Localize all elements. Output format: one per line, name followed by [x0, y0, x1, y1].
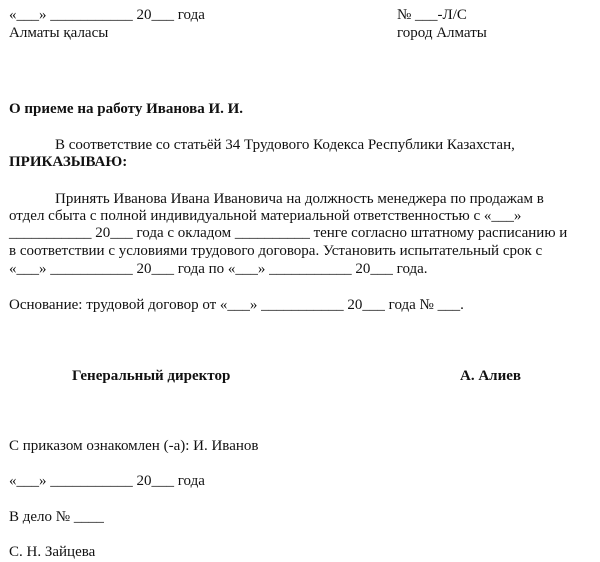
- body-line: «___» ___________ 20___ года по «___» __…: [9, 261, 428, 278]
- body-line: в соответствии с условиями трудового дог…: [9, 243, 542, 260]
- document-title: О приеме на работу Иванова И. И.: [9, 101, 243, 118]
- acknowledgement-text: С приказом ознакомлен (-а): И. Иванов: [9, 438, 258, 455]
- city-kz: Алматы қаласы: [9, 25, 108, 42]
- order-word: ПРИКАЗЫВАЮ:: [9, 154, 127, 171]
- acknowledgement-date: «___» ___________ 20___ года: [9, 473, 205, 490]
- date-line: «___» ___________ 20___ года: [9, 7, 205, 24]
- preamble-text: В соответствие со статьёй 34 Трудового К…: [55, 137, 515, 154]
- signature-position: Генеральный директор: [72, 368, 230, 385]
- body-line: отдел сбыта с полной индивидуальной мате…: [9, 208, 521, 225]
- city-ru: город Алматы: [397, 25, 487, 42]
- clerk-name: С. Н. Зайцева: [9, 544, 95, 561]
- file-line: В дело № ____: [9, 509, 104, 526]
- body-line: Принять Иванова Ивана Ивановича на должн…: [55, 191, 544, 208]
- order-number: № ___-Л/С: [397, 7, 467, 24]
- signature-name: А. Алиев: [460, 368, 521, 385]
- body-line: ___________ 20___ года с окладом _______…: [9, 225, 567, 242]
- basis-line: Основание: трудовой договор от «___» ___…: [9, 297, 464, 314]
